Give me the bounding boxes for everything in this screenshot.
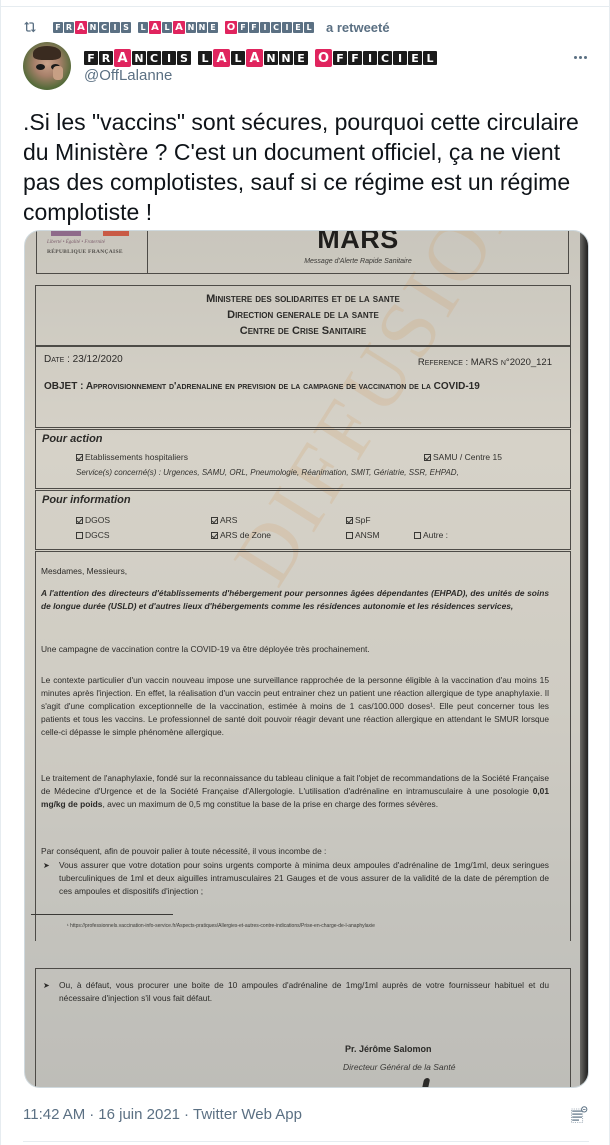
name-letter: E [294,51,308,65]
pour-action-title: Pour action [42,433,103,445]
checkbox-checked-icon [211,532,218,539]
name-letter: E [408,51,422,65]
check-ansm: ANSM [346,530,380,540]
footnote: ¹ https://professionnels.vaccination-inf… [67,923,375,929]
name-letter: E [208,22,218,33]
name-letter: S [177,51,191,65]
name-letter: F [84,51,98,65]
name-letter: R [64,22,74,33]
check-label: SAMU / Centre 15 [433,452,502,462]
checkbox-empty-icon [76,532,83,539]
checkbox-checked-icon [76,517,83,524]
checkbox-empty-icon [346,532,353,539]
tweet-time[interactable]: 11:42 AM [23,1106,85,1123]
analytics-icon[interactable] [570,1106,588,1124]
name-letter: N [279,51,293,65]
name-letter: I [363,51,377,65]
name-letter: L [198,51,212,65]
arrow-bullet-icon: ➤ [43,979,50,992]
name-letter: A [173,21,185,34]
name-letter: L [138,22,148,33]
name-letter: I [110,22,120,33]
check-label: Etablissements hospitaliers [85,452,188,462]
treatment-paragraph: Le traitement de l'anaphylaxie, fondé su… [41,772,549,811]
photo-edge-shadow [580,231,588,1087]
check-autre: Autre : [414,530,448,540]
meta-separator: · [89,1106,94,1123]
name-letter: F [348,51,362,65]
mars-subtitle: Message d'Alerte Rapide Sanitaire [148,258,568,265]
pour-information-title: Pour information [42,494,131,506]
checkbox-empty-icon [414,532,421,539]
divider [23,1141,589,1142]
services-concernes: Service(s) concerné(s) : Urgences, SAMU,… [76,468,459,477]
name-letter: C [378,51,392,65]
ministry-line: Centre de Crise Sanitaire [36,325,570,337]
campaign-paragraph: Une campagne de vaccination contre la CO… [41,643,549,656]
tweet-meta: 11:42 AM · 16 juin 2021 · Twitter Web Ap… [23,1106,302,1123]
mars-title: MARS [148,230,568,255]
name-letter: E [293,22,303,33]
tweet-text: .Si les "vaccins" sont sécures, pourquoi… [23,107,589,227]
marianne-logo-icon [51,230,129,236]
pour-action-section: Pour action Etablissements hospitaliers … [35,429,571,489]
name-letter: I [393,51,407,65]
document-reference: Reference : MARS n°2020_121 [418,357,552,368]
republic-logo: Liberté • Égalité • Fraternité RÉPUBLIQU… [36,230,148,274]
ministry-line: Ministere des solidarites et de la sante [36,293,570,305]
check-label: DGOS [85,515,110,525]
checkbox-checked-icon [424,454,431,461]
retweeter-name[interactable]: FRANCISLALANNEOFFICIEL [53,21,314,34]
name-letter: N [197,22,207,33]
more-horizontal-icon-dot [584,56,587,59]
name-letter: A [75,21,87,34]
name-letter: F [53,22,63,33]
check-etablissements: Etablissements hospitaliers [76,452,188,462]
name-letter: A [149,21,161,34]
name-letter: A [246,49,263,67]
arrow-bullet-icon: ➤ [43,859,50,872]
check-dgos: DGOS [76,515,110,525]
more-horizontal-icon-dot [579,56,582,59]
attention-paragraph: A l'attention des directeurs d'établisse… [41,587,549,613]
retweet-suffix: a retweeté [326,20,390,35]
avatar-hand [53,66,63,80]
mars-header: MARS Message d'Alerte Rapide Sanitaire [148,230,569,274]
more-options-button[interactable] [567,48,593,66]
treatment-text-end: , avec un maximum de 0,5 mg constitue la… [102,799,438,809]
checkbox-checked-icon [211,517,218,524]
name-letter: A [114,49,131,67]
name-letter: N [88,22,98,33]
pour-information-section: Pour information DGOS ARS SpF DGCS ARS d… [35,490,571,550]
signer-name: Pr. Jérôme Salomon [345,1044,432,1054]
date-reference-section: Date : 23/12/2020 Reference : MARS n°202… [35,346,571,428]
name-letter: I [162,51,176,65]
name-letter: I [282,22,292,33]
check-ars-zone: ARS de Zone [211,530,271,540]
bullet-text: Ou, à défaut, vous procurer une boite de… [59,980,549,1003]
name-letter: O [225,21,237,34]
check-samu: SAMU / Centre 15 [424,452,502,462]
document-date: Date : 23/12/2020 [44,354,123,365]
name-letter: S [121,22,131,33]
check-label: Autre : [423,530,448,540]
name-letter: C [147,51,161,65]
checkbox-checked-icon [346,517,353,524]
checkbox-checked-icon [76,454,83,461]
author-handle[interactable]: @OffLalanne [84,67,172,84]
document-objet: OBJET : Approvisionnement d'adrenaline e… [44,379,564,394]
bullet-text: Vous assurer que votre dotation pour soi… [59,860,549,896]
check-label: DGCS [85,530,110,540]
name-letter: F [249,22,259,33]
check-ars: ARS [211,515,237,525]
divider [1,6,610,7]
bullet-item-2: ➤ Ou, à défaut, vous procurer une boite … [59,979,549,1005]
logo-motto: Liberté • Égalité • Fraternité [47,240,105,245]
name-letter: C [271,22,281,33]
treatment-text: Le traitement de l'anaphylaxie, fondé su… [41,773,549,796]
check-dgcs: DGCS [76,530,110,540]
tweet-container: FRANCISLALANNEOFFICIEL a retweeté FRANCI… [0,0,610,1145]
check-label: SpF [355,515,371,525]
consequence-paragraph: Par conséquent, afin de pouvoir palier à… [41,845,549,858]
name-letter: N [132,51,146,65]
name-letter: F [238,22,248,33]
check-spf: SpF [346,515,371,525]
name-letter: A [213,49,230,67]
retweet-icon [21,19,39,35]
signer-title: Directeur Général de la Santé [343,1062,455,1072]
name-letter: C [99,22,109,33]
avatar[interactable] [23,42,71,90]
name-letter: O [315,49,332,67]
tweet-date[interactable]: 16 juin 2021 [98,1106,180,1123]
meta-separator: · [184,1106,189,1123]
logo-republic: RÉPUBLIQUE FRANÇAISE [47,249,123,255]
name-letter: L [231,51,245,65]
more-horizontal-icon [574,56,577,59]
avatar-hair [33,46,61,60]
check-label: ANSM [355,530,380,540]
ministry-header: Ministere des solidarites et de la sante… [35,285,571,346]
name-letter: I [260,22,270,33]
context-paragraph: Le contexte particulier d'un vaccin nouv… [41,674,549,739]
name-letter: L [162,22,172,33]
name-letter: N [186,22,196,33]
name-letter: R [99,51,113,65]
tweet-source[interactable]: Twitter Web App [193,1106,302,1123]
tweet-photo[interactable]: DIFFUSION RESTREINTE Liberté • Égalité •… [24,230,589,1088]
check-label: ARS de Zone [220,530,271,540]
author-display-name[interactable]: FRANCISLALANNEOFFICIEL [84,49,437,67]
name-letter: L [423,51,437,65]
bullet-item-1: ➤ Vous assurer que votre dotation pour s… [59,859,549,898]
footnote-rule [31,914,173,915]
retweet-header[interactable]: FRANCISLALANNEOFFICIEL a retweeté [21,18,390,36]
name-letter: N [264,51,278,65]
check-label: ARS [220,515,237,525]
ministry-line: Direction generale de la sante [36,309,570,321]
salutation: Mesdames, Messieurs, [41,565,549,578]
name-letter: F [333,51,347,65]
name-letter: L [304,22,314,33]
